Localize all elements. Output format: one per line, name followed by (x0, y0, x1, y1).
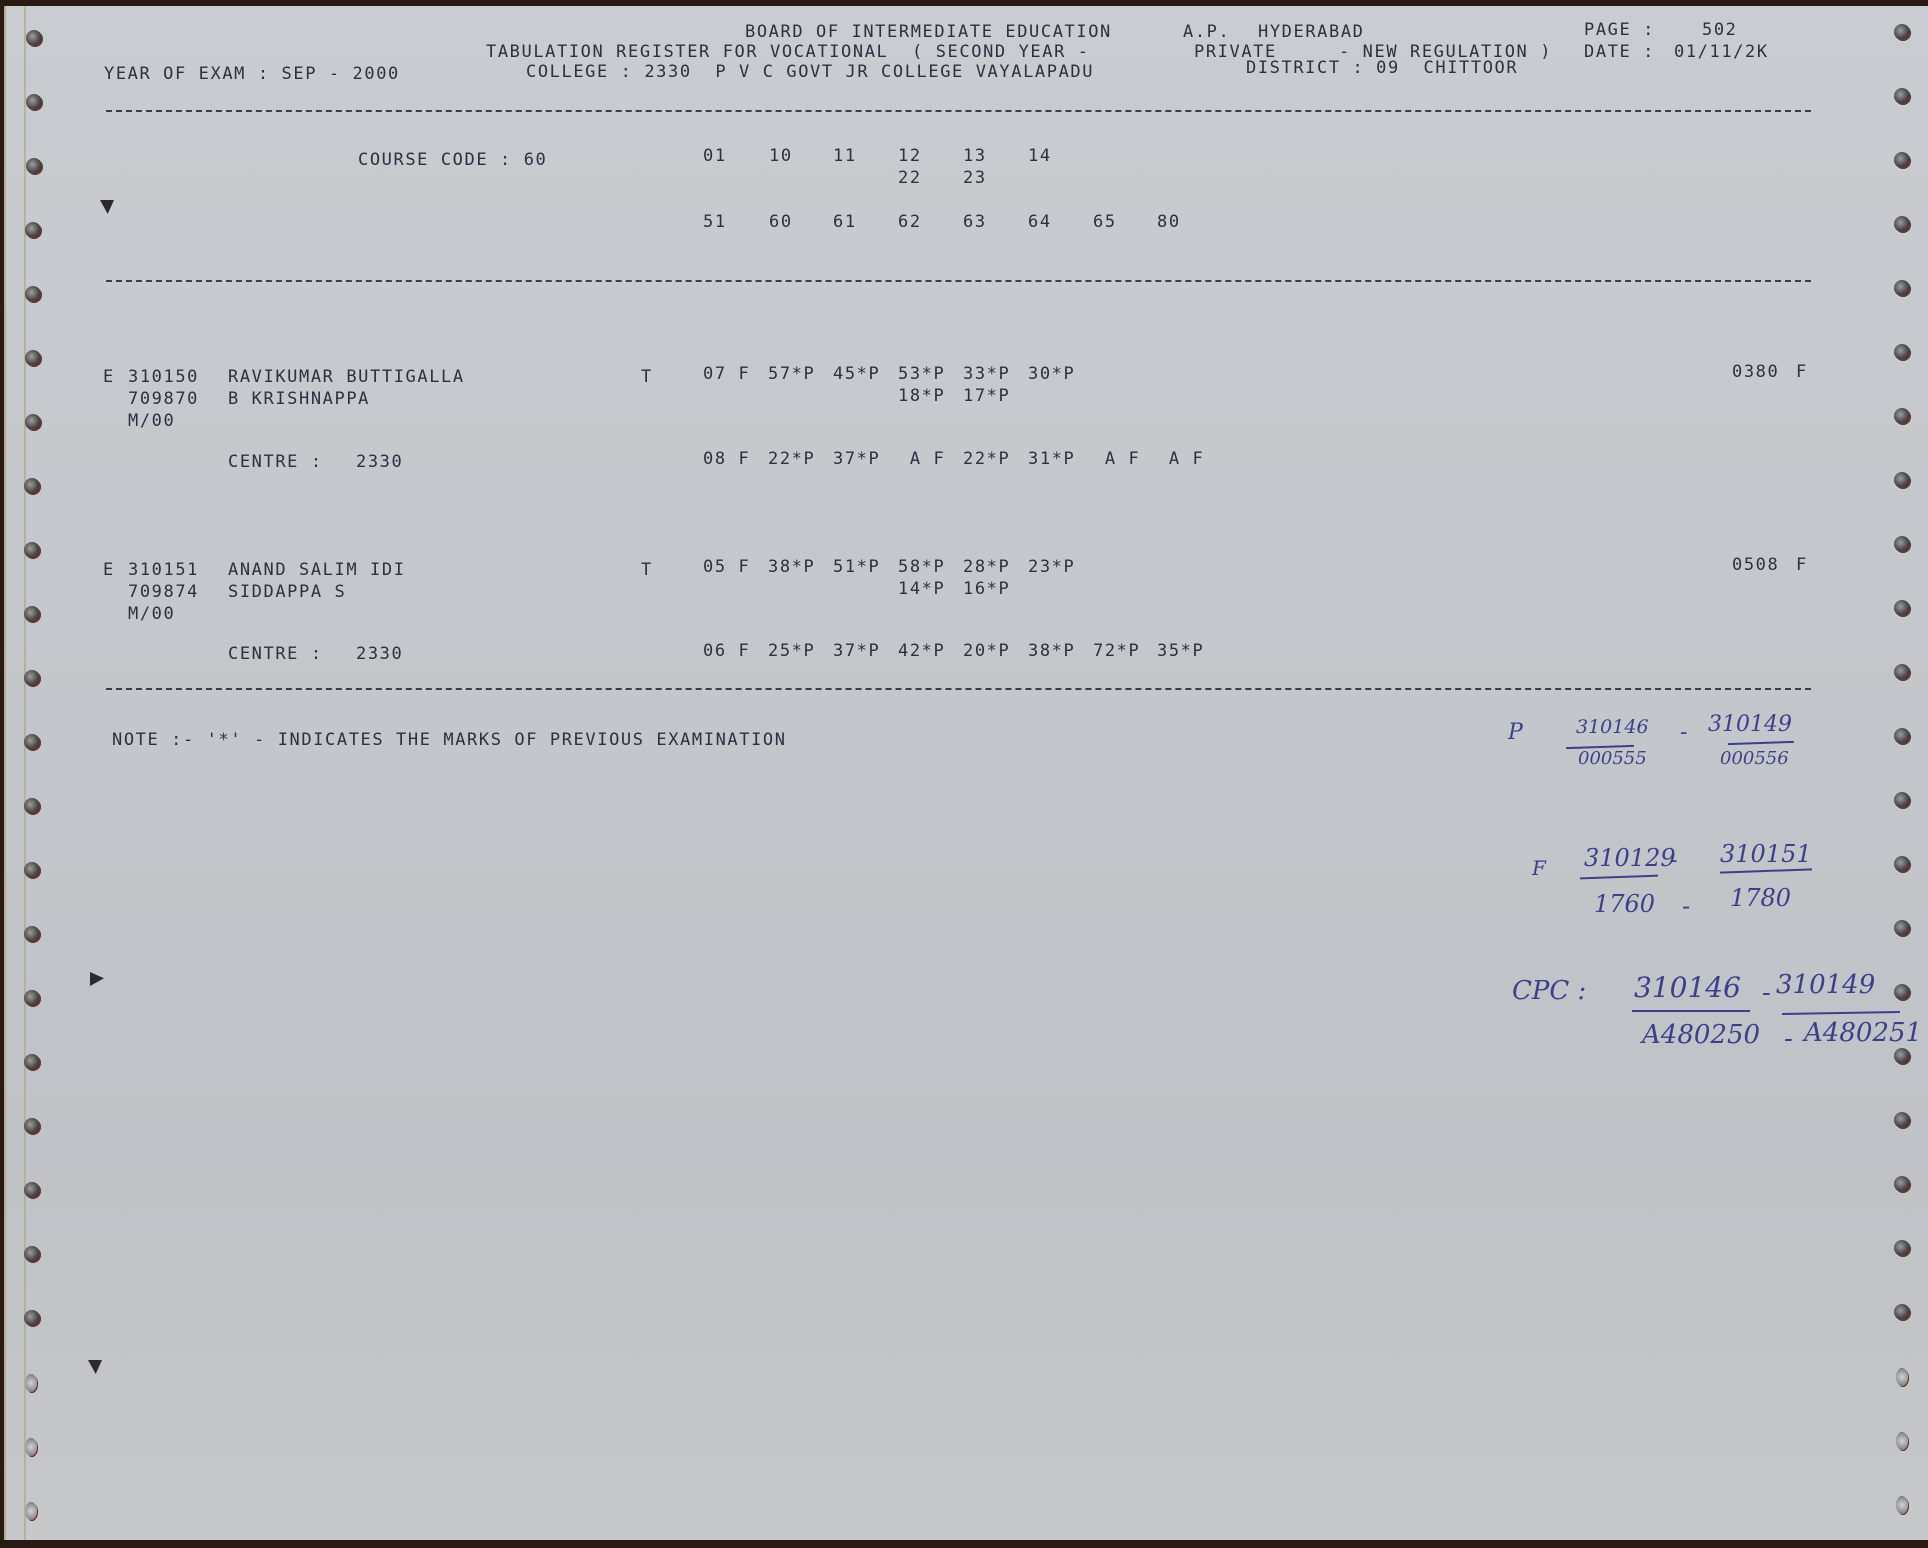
footnote: NOTE :- '*' - INDICATES THE MARKS OF PRE… (112, 732, 787, 749)
dash: - (1762, 980, 1771, 1006)
student-type: T (641, 562, 653, 579)
exam-flag: E (103, 562, 115, 579)
marks-cell: 58*P (898, 559, 945, 576)
underline (1580, 875, 1658, 880)
subject-code: 13 (963, 148, 987, 165)
tractor-feed-hole (24, 542, 40, 558)
tractor-feed-hole (25, 350, 41, 366)
subject-code: 61 (833, 214, 857, 231)
tractor-feed-hole (1894, 24, 1910, 40)
tractor-feed-hole (1894, 88, 1910, 104)
p-marker: P (1508, 722, 1523, 744)
marks-cell: 37*P (833, 451, 880, 468)
cpc-label: CPC : (1512, 978, 1586, 1004)
subject-code: 11 (833, 148, 857, 165)
tractor-feed-hole (26, 158, 42, 174)
tractor-feed-hole (24, 1054, 40, 1070)
marks-cell: 33*P (963, 366, 1010, 383)
year-of-exam: YEAR OF EXAM : SEP - 2000 (104, 66, 400, 83)
tractor-feed-hole (24, 1246, 40, 1262)
marks-cell: 30*P (1028, 366, 1075, 383)
tractor-feed-hole (26, 30, 42, 46)
registration-number: 709870 (128, 391, 199, 408)
marks-cell: 14*P (898, 581, 945, 598)
marks-cell: 31*P (1028, 451, 1075, 468)
dash: - (1682, 894, 1690, 918)
dash: - (1670, 850, 1677, 872)
paper-fold-line (24, 6, 26, 1540)
result-status: F (1796, 364, 1808, 381)
subject-code: 80 (1157, 214, 1181, 231)
centre-code: 2330 (356, 454, 403, 471)
father-name: B KRISHNAPPA (228, 391, 370, 408)
tractor-feed-hole (25, 1374, 37, 1392)
f-range-from: 310129 (1584, 846, 1676, 870)
subject-code: 62 (898, 214, 922, 231)
tractor-feed-hole (24, 926, 40, 942)
state-code: A.P. (1183, 24, 1230, 41)
separator-line (106, 110, 1811, 112)
tractor-feed-hole (25, 1438, 37, 1456)
marks-cell: 22*P (768, 451, 815, 468)
tractor-feed-hole (24, 1182, 40, 1198)
f-range-to-sub: 1780 (1730, 886, 1791, 910)
subject-code: 64 (1028, 214, 1052, 231)
result-status: F (1796, 557, 1808, 574)
cpc-range-to: 310149 (1776, 972, 1875, 998)
tractor-feed-hole (24, 1118, 40, 1134)
subject-code: 12 (898, 148, 922, 165)
tractor-feed-hole (24, 670, 40, 686)
marks-cell: 22*P (963, 451, 1010, 468)
father-name: SIDDAPPA S (228, 584, 346, 601)
marks-cell: 57*P (768, 366, 815, 383)
tractor-feed-hole (1894, 536, 1910, 552)
tractor-feed-hole (1894, 1048, 1910, 1064)
p-range-from: 310146 (1576, 718, 1649, 737)
marks-cell: 35*P (1157, 643, 1204, 660)
subject-code: 65 (1093, 214, 1117, 231)
marks-cell: 72*P (1093, 643, 1140, 660)
f-range-from-sub: 1760 (1594, 892, 1655, 916)
tractor-feed-hole (24, 478, 40, 494)
student-name: RAVIKUMAR BUTTIGALLA (228, 369, 465, 386)
marks-cell: 25*P (768, 643, 815, 660)
tractor-feed-hole (1894, 280, 1910, 296)
college-info: COLLEGE : 2330 P V C GOVT JR COLLEGE VAY… (526, 64, 1094, 81)
p-range-to: 310149 (1708, 714, 1792, 736)
hall-ticket-number: 310151 (128, 562, 199, 579)
tractor-feed-hole (1894, 344, 1910, 360)
marks-cell: 20*P (963, 643, 1010, 660)
subject-code: 23 (963, 170, 987, 187)
subject-code: 60 (769, 214, 793, 231)
subject-code: 01 (703, 148, 727, 165)
tractor-feed-hole (24, 862, 40, 878)
tractor-feed-hole (1894, 600, 1910, 616)
tractor-feed-hole (25, 414, 41, 430)
tractor-feed-hole (26, 94, 42, 110)
tractor-feed-hole (1894, 984, 1910, 1000)
binding-punch-mark (90, 972, 104, 986)
marks-cell: 23*P (1028, 559, 1075, 576)
tractor-feed-hole (1894, 408, 1910, 424)
marks-cell: 07 F (703, 366, 750, 383)
subject-code: 14 (1028, 148, 1052, 165)
tractor-feed-hole (1894, 216, 1910, 232)
underline (1720, 868, 1812, 873)
total-marks: 0380 (1732, 364, 1779, 381)
print-date: 01/11/2K (1674, 44, 1769, 61)
marks-cell: 18*P (898, 388, 945, 405)
tractor-feed-hole (1894, 856, 1910, 872)
tractor-feed-hole (25, 286, 41, 302)
marks-cell: A F (898, 451, 945, 468)
underline (1632, 1010, 1750, 1012)
tractor-feed-hole (1896, 1368, 1908, 1386)
tractor-feed-hole (1894, 728, 1910, 744)
city: HYDERABAD (1258, 24, 1365, 41)
binding-punch-mark (100, 200, 114, 214)
subject-code: 51 (703, 214, 727, 231)
cpc-range-to-sub: A480251 (1804, 1020, 1922, 1046)
gender-code: M/00 (128, 606, 175, 623)
marks-cell: 17*P (963, 388, 1010, 405)
registration-number: 709874 (128, 584, 199, 601)
page-label: PAGE : (1584, 22, 1655, 39)
exam-flag: E (103, 369, 115, 386)
marks-cell: 06 F (703, 643, 750, 660)
f-marker: F (1532, 858, 1546, 878)
tractor-feed-hole (24, 798, 40, 814)
subject-code: 22 (898, 170, 922, 187)
subject-code: 10 (769, 148, 793, 165)
tractor-feed-hole (24, 990, 40, 1006)
separator-line (106, 280, 1811, 282)
tractor-feed-hole (1894, 152, 1910, 168)
tractor-feed-hole (1894, 1176, 1910, 1192)
tractor-feed-hole (1894, 472, 1910, 488)
cpc-range-from-sub: A480250 (1642, 1022, 1760, 1048)
marks-cell: A F (1157, 451, 1204, 468)
marks-cell: 51*P (833, 559, 880, 576)
subject-code: 63 (963, 214, 987, 231)
page-number: 502 (1702, 22, 1738, 39)
tractor-feed-hole (1894, 920, 1910, 936)
tractor-feed-hole (1894, 1304, 1910, 1320)
student-name: ANAND SALIM IDI (228, 562, 406, 579)
marks-cell: 16*P (963, 581, 1010, 598)
marks-cell: 42*P (898, 643, 945, 660)
gender-code: M/00 (128, 413, 175, 430)
dash: - (1784, 1026, 1793, 1052)
marks-cell: 28*P (963, 559, 1010, 576)
course-code: COURSE CODE : 60 (358, 152, 547, 169)
p-range-to-sub: 000556 (1720, 750, 1789, 768)
marks-cell: 37*P (833, 643, 880, 660)
marks-cell: A F (1093, 451, 1140, 468)
district-info: DISTRICT : 09 CHITTOOR (1246, 60, 1518, 77)
tractor-feed-hole (1894, 664, 1910, 680)
underline (1782, 1011, 1900, 1015)
tractor-feed-hole (1896, 1432, 1908, 1450)
centre-label: CENTRE : (228, 454, 323, 471)
register-title: TABULATION REGISTER FOR VOCATIONAL ( SEC… (486, 44, 1090, 61)
tractor-feed-hole (25, 222, 41, 238)
marks-cell: 08 F (703, 451, 750, 468)
p-range-from-sub: 000555 (1578, 750, 1647, 768)
hall-ticket-number: 310150 (128, 369, 199, 386)
centre-code: 2330 (356, 646, 403, 663)
cpc-range-from: 310146 (1634, 974, 1741, 1002)
marks-cell: 05 F (703, 559, 750, 576)
tractor-feed-hole (25, 1502, 37, 1520)
tractor-feed-hole (24, 606, 40, 622)
tractor-feed-hole (1894, 1240, 1910, 1256)
underline (1728, 741, 1794, 745)
marks-cell: 53*P (898, 366, 945, 383)
tractor-feed-hole (1894, 1112, 1910, 1128)
dash: - (1680, 722, 1687, 744)
total-marks: 0508 (1732, 557, 1779, 574)
student-type: T (641, 369, 653, 386)
marks-cell: 45*P (833, 366, 880, 383)
board-title: BOARD OF INTERMEDIATE EDUCATION (745, 24, 1112, 41)
tabulation-register-sheet: BOARD OF INTERMEDIATE EDUCATION A.P. HYD… (4, 6, 1928, 1540)
date-label: DATE : (1584, 44, 1655, 61)
f-range-to: 310151 (1720, 842, 1812, 866)
binding-punch-mark (88, 1360, 102, 1374)
centre-label: CENTRE : (228, 646, 323, 663)
marks-cell: 38*P (768, 559, 815, 576)
tractor-feed-hole (24, 734, 40, 750)
separator-line (106, 688, 1811, 690)
tractor-feed-hole (24, 1310, 40, 1326)
tractor-feed-hole (1894, 792, 1910, 808)
marks-cell: 38*P (1028, 643, 1075, 660)
tractor-feed-hole (1896, 1496, 1908, 1514)
